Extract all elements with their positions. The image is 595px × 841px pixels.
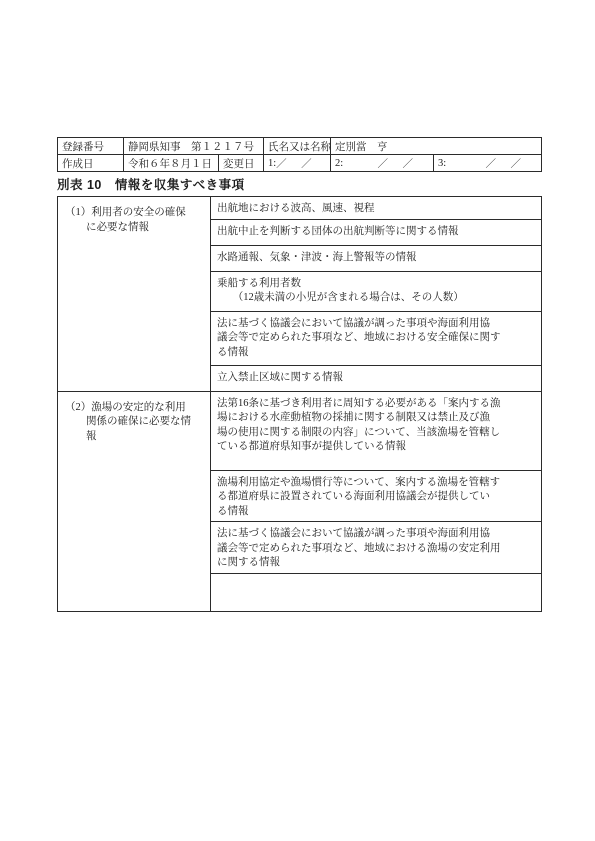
- group1-item-6: 立入禁止区域に関する情報: [211, 365, 542, 391]
- name-value: 定別當 亨: [331, 138, 542, 155]
- category-2-cell: （2）漁場の安定的な利用 関係の確保に必要な情 報: [58, 391, 211, 611]
- created-date-value: 令和６年８月１日: [124, 155, 219, 172]
- table-row: （2）漁場の安定的な利用 関係の確保に必要な情 報 法第16条に基づき利用者に周…: [58, 391, 542, 470]
- change-slot-2-label: 2:: [335, 158, 343, 169]
- document-page: 登録番号 静岡県知事 第１２１７号 氏名又は名称 定別當 亨 作成日 令和６年８…: [0, 0, 595, 841]
- change-slot-1: 1: ／ ／: [264, 155, 331, 172]
- header-row-2: 作成日 令和６年８月１日 変更日 1: ／ ／ 2: ／ ／: [58, 155, 542, 172]
- modified-date-label: 変更日: [219, 155, 264, 172]
- page-title: 別表 10 情報を収集すべき事項: [57, 175, 245, 193]
- registration-number-value: 静岡県知事 第１２１７号: [124, 138, 264, 155]
- change-slot-1-value: ／ ／: [276, 156, 314, 171]
- header-row-1: 登録番号 静岡県知事 第１２１７号 氏名又は名称 定別當 亨: [58, 138, 542, 155]
- change-slot-2-wrap: 2: ／ ／: [335, 156, 429, 171]
- name-label: 氏名又は名称: [264, 138, 331, 155]
- registration-header-table: 登録番号 静岡県知事 第１２１７号 氏名又は名称 定別當 亨 作成日 令和６年８…: [57, 137, 542, 172]
- change-slot-3-label: 3:: [438, 158, 446, 169]
- change-slot-1-wrap: 1: ／ ／: [268, 156, 326, 171]
- group2-item-2: 漁場利用協定や漁場慣行等について、案内する漁場を管轄す る都道府県に設置されてい…: [211, 470, 542, 522]
- change-slot-3-wrap: 3: ／ ／: [438, 156, 537, 171]
- group2-item-1: 法第16条に基づき利用者に周知する必要がある「案内する漁 場における水産動植物の…: [211, 391, 542, 470]
- group1-item-2: 出航中止を判断する団体の出航判断等に関する情報: [211, 219, 542, 245]
- change-slot-2: 2: ／ ／: [331, 155, 434, 172]
- group1-item-4: 乗船する利用者数 （12歳未満の小児が含まれる場合は、その人数）: [211, 271, 542, 311]
- created-date-label: 作成日: [58, 155, 124, 172]
- group1-item-1: 出航地における波高、風速、視程: [211, 197, 542, 220]
- change-slot-1-label: 1:: [268, 158, 276, 169]
- group1-item-5: 法に基づく協議会において協議が調った事項や海面利用協 議会等で定められた事項など…: [211, 311, 542, 365]
- change-slot-2-value: ／ ／: [378, 156, 416, 171]
- group2-item-3: 法に基づく協議会において協議が調った事項や海面利用協 議会等で定められた事項など…: [211, 522, 542, 574]
- category-1-cell: （1）利用者の安全の確保 に必要な情報: [58, 197, 211, 392]
- change-slot-3-value: ／ ／: [486, 156, 524, 171]
- information-items-table: （1）利用者の安全の確保 に必要な情報 出航地における波高、風速、視程 出航中止…: [57, 196, 542, 612]
- change-slot-3: 3: ／ ／: [434, 155, 542, 172]
- group2-item-4-empty: [211, 573, 542, 611]
- registration-number-label: 登録番号: [58, 138, 124, 155]
- group1-item-3: 水路通報、気象・津波・海上警報等の情報: [211, 245, 542, 271]
- table-row: （1）利用者の安全の確保 に必要な情報 出航地における波高、風速、視程: [58, 197, 542, 220]
